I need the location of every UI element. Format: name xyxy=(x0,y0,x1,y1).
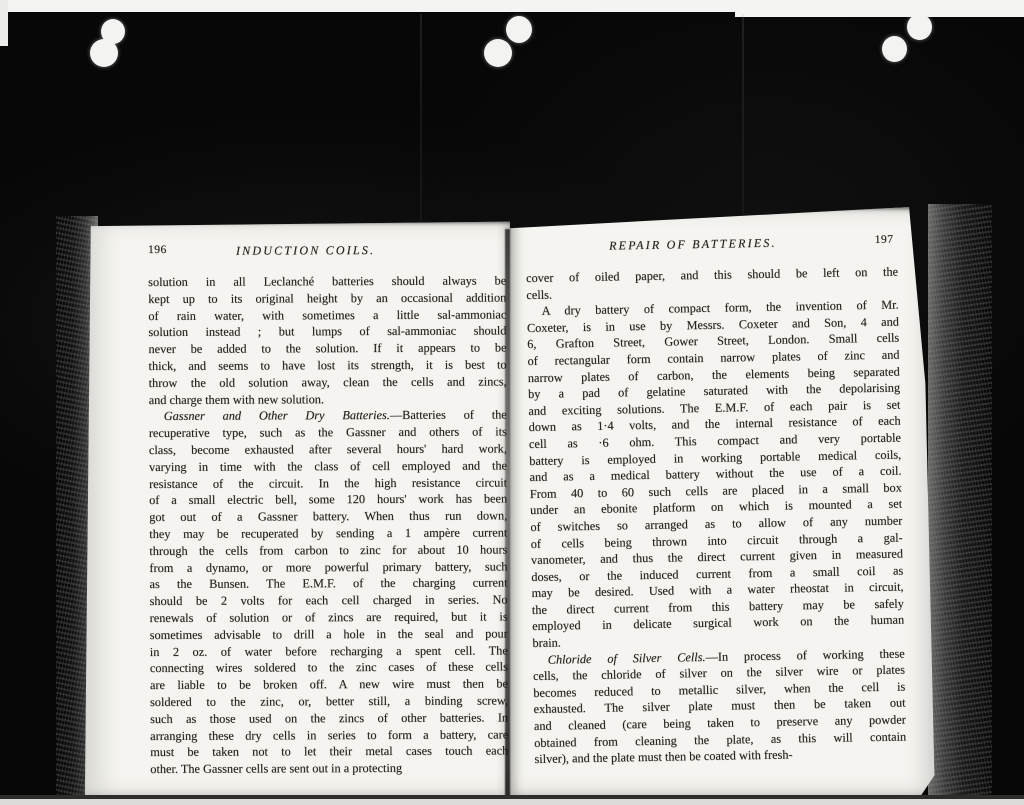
text-line: of rain water, with sometimes a little s… xyxy=(148,306,506,324)
text-line: such as those used on the zincs of other… xyxy=(150,709,508,727)
punch-hole-icon xyxy=(882,36,907,62)
punch-hole-icon xyxy=(90,39,118,67)
text-line: they may be recuperated by sending a 1 a… xyxy=(149,524,507,542)
left-page-lines: solution in all Leclanché batteries shou… xyxy=(148,272,508,777)
scanned-book-photo: 196 INDUCTION COILS. solution in all Lec… xyxy=(0,0,1024,805)
text-line: renewals of solution or of zincs are req… xyxy=(150,608,508,626)
text-line: throw the old solution away, clean the c… xyxy=(149,373,507,391)
book-gutter xyxy=(505,229,510,796)
left-page-number: 196 xyxy=(148,244,167,256)
text-line: connecting wires soldered to the zinc ca… xyxy=(150,659,508,677)
fold-line xyxy=(742,14,744,214)
right-page-content: REPAIR OF BATTERIES. 197 cover of oiled … xyxy=(525,234,906,768)
left-page-header: 196 INDUCTION COILS. xyxy=(148,242,506,274)
text-line: other. The Gassner cells are sent out in… xyxy=(150,760,508,778)
text-line: from a dynamo, or more powerful primary … xyxy=(149,558,507,576)
text-line: got out of a Gassner battery. When thus … xyxy=(149,508,507,526)
text-line: in 2 oz. of water before recharging a sp… xyxy=(150,642,508,660)
fold-line xyxy=(420,14,422,222)
text-line: as the Bunsen. The E.M.F. of the chargin… xyxy=(149,575,507,593)
right-page: REPAIR OF BATTERIES. 197 cover of oiled … xyxy=(510,207,940,796)
text-line: Gassner and Other Dry Batteries.—Batteri… xyxy=(149,407,507,425)
text-line: resistance of the circuit. In the high r… xyxy=(149,474,507,492)
scan-bottom-margin xyxy=(0,799,1024,805)
text-line: of a small electric bell, some 120 hours… xyxy=(149,491,507,509)
right-page-number: 197 xyxy=(875,234,894,246)
punch-hole-icon xyxy=(506,16,532,43)
text-line: sometimes advisable to drill a hole in t… xyxy=(150,625,508,643)
right-running-head: REPAIR OF BATTERIES. xyxy=(609,236,777,254)
text-line: arranging these dry cells in series to f… xyxy=(150,726,508,744)
text-line: recuperative type, such as the Gassner a… xyxy=(149,424,507,442)
text-line: solution in all Leclanché batteries shou… xyxy=(148,272,506,290)
text-line: solution instead ; but lumps of sal-ammo… xyxy=(148,323,506,341)
text-line: never be added to the solution. If it ap… xyxy=(148,340,506,358)
italic-lead-in: Chloride of Silver Cells. xyxy=(548,650,706,667)
italic-lead-in: Gassner and Other Dry Batteries. xyxy=(164,408,390,423)
left-page: 196 INDUCTION COILS. solution in all Lec… xyxy=(84,221,510,796)
text-line: should be 2 volts for each cell charged … xyxy=(150,592,508,610)
punch-hole-icon xyxy=(484,39,512,67)
scan-top-margin-right xyxy=(735,0,1024,17)
right-page-lines: cover of oiled paper, and this should be… xyxy=(526,264,907,768)
scan-left-margin xyxy=(0,0,8,46)
text-line: soldered to the zinc, or, better still, … xyxy=(150,692,508,710)
text-line: varying in time with the class of cell e… xyxy=(149,457,507,475)
text-line: are liable to be broken off. A new wire … xyxy=(150,676,508,694)
text-line: through the cells from carbon to zinc fo… xyxy=(149,541,507,559)
page-edge-shadow-right xyxy=(928,204,992,805)
text-line: and charge them with new solution. xyxy=(149,390,507,408)
text-line: class, become exhausted after several ho… xyxy=(149,440,507,458)
punch-hole-icon xyxy=(907,14,932,40)
text-line: must be taken not to let their metal cas… xyxy=(150,743,508,761)
text-line: kept up to its original height by an occ… xyxy=(148,289,506,307)
left-running-head: INDUCTION COILS. xyxy=(236,243,375,259)
text-line: thick, and seems to have lost its streng… xyxy=(148,356,506,374)
left-page-content: 196 INDUCTION COILS. solution in all Lec… xyxy=(148,242,508,777)
